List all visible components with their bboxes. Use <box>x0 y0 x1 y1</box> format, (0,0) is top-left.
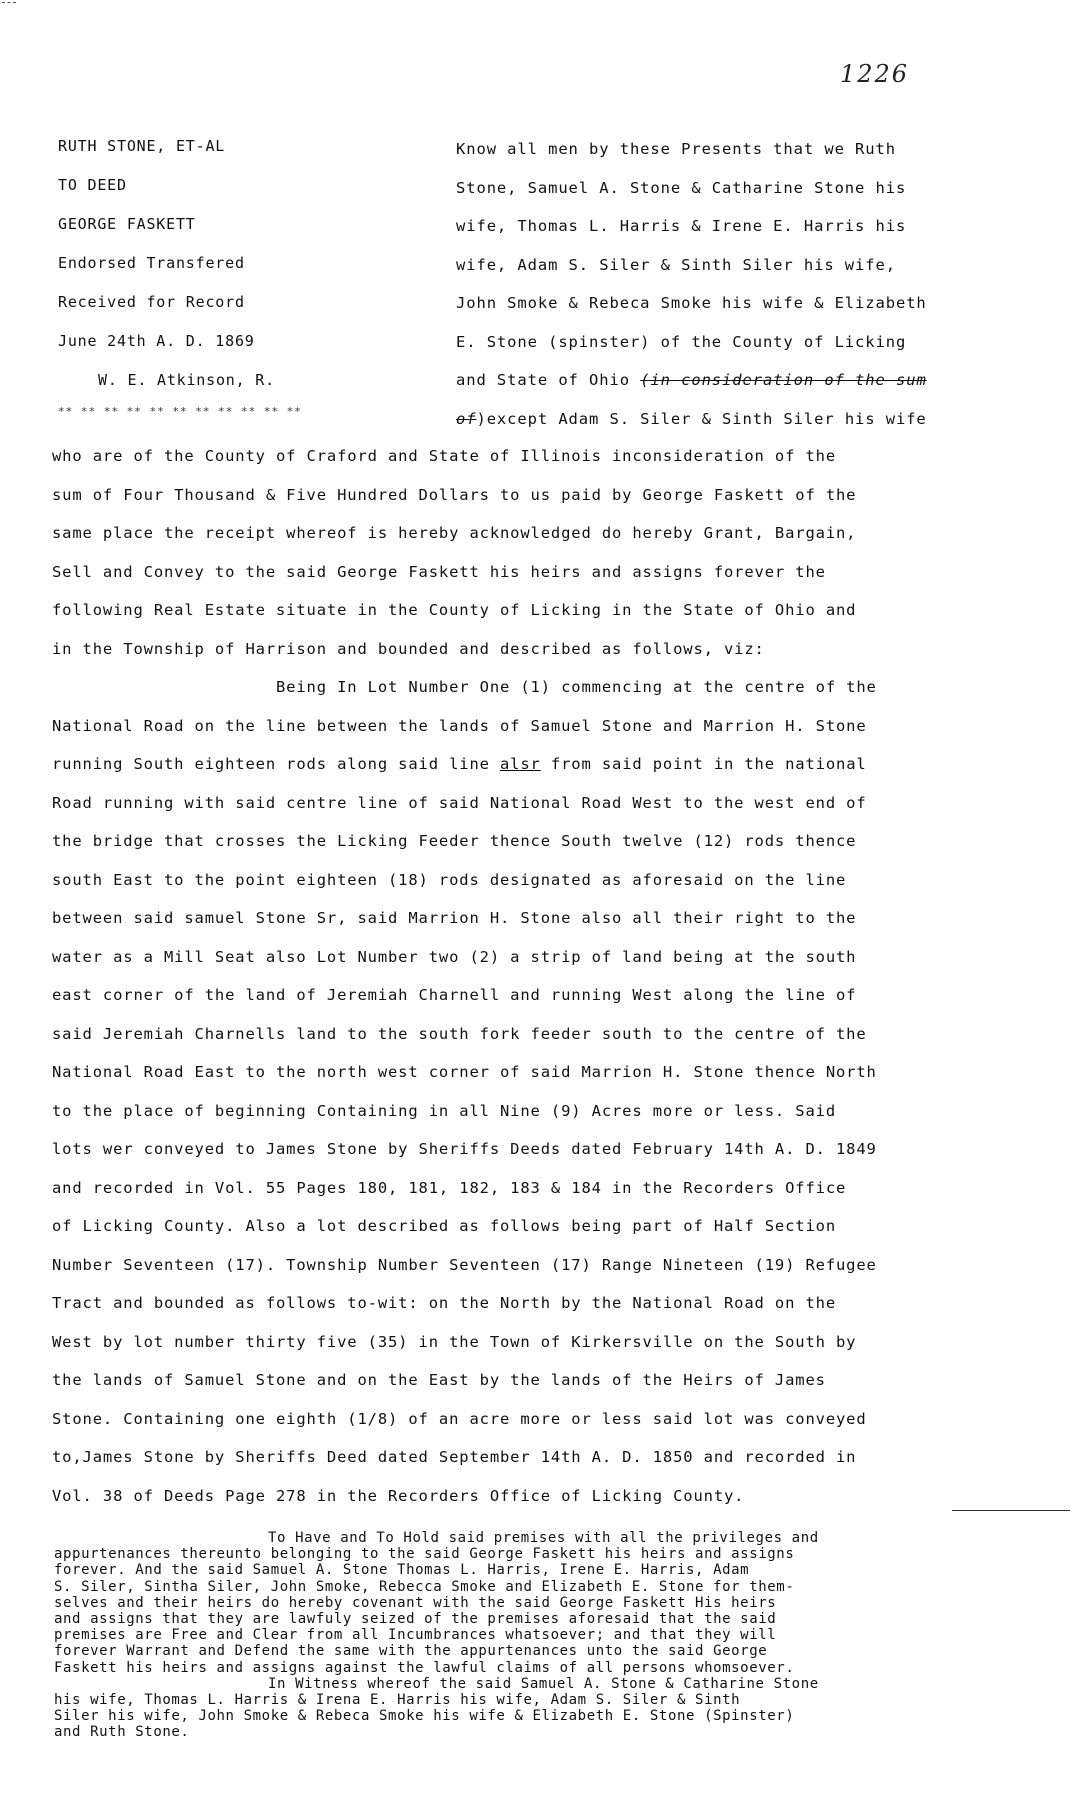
text-line: said Jeremiah Charnells land to the sout… <box>52 1024 1052 1063</box>
text-line: Tract and bounded as follows to-wit: on … <box>52 1293 1052 1332</box>
text-line: sum of Four Thousand & Five Hundred Doll… <box>52 485 1052 524</box>
text-line: and recorded in Vol. 55 Pages 180, 181, … <box>52 1178 1052 1217</box>
caption-recorder: W. E. Atkinson, R. <box>58 370 438 409</box>
caption-instrument: TO DEED <box>58 175 438 214</box>
caption-grantor: RUTH STONE, ET-AL <box>58 136 438 175</box>
text-line: selves and their heirs do hereby covenan… <box>54 1595 1064 1611</box>
text-line: To Have and To Hold said premises with a… <box>54 1530 1064 1546</box>
deed-caption: RUTH STONE, ET-AL TO DEED GEORGE FASKETT… <box>58 136 438 409</box>
text-line: to,James Stone by Sheriffs Deed dated Se… <box>52 1447 1052 1486</box>
text-segment: )except Adam S. Siler & Sinth Siler his … <box>476 410 926 428</box>
text-line: forever. And the said Samuel A. Stone Th… <box>54 1562 1064 1578</box>
caption-endorsed: Endorsed Transfered <box>58 253 438 292</box>
text-line: between said samuel Stone Sr, said Marri… <box>52 908 1052 947</box>
text-line: to the place of beginning Containing in … <box>52 1101 1052 1140</box>
handwritten-page-number: 1226 <box>840 60 909 88</box>
text-line: Know all men by these Presents that we R… <box>456 139 996 178</box>
text-line: same place the receipt whereof is hereby… <box>52 523 1052 562</box>
text-line: National Road East to the north west cor… <box>52 1062 1052 1101</box>
text-segment: from said point in the national <box>541 755 867 773</box>
text-line: In Witness whereof the said Samuel A. St… <box>54 1676 1064 1692</box>
premise-column: Know all men by these Presents that we R… <box>456 139 996 447</box>
text-line: in the Township of Harrison and bounded … <box>52 639 1052 678</box>
text-line: John Smoke & Rebeca Smoke his wife & Eli… <box>456 293 996 332</box>
text-line: premises are Free and Clear from all Inc… <box>54 1627 1064 1643</box>
caption-date: June 24th A. D. 1869 <box>58 331 438 370</box>
text-line: S. Siler, Sintha Siler, John Smoke, Rebe… <box>54 1579 1064 1595</box>
text-line: wife, Thomas L. Harris & Irene E. Harris… <box>456 216 996 255</box>
text-line: forever Warrant and Defend the same with… <box>54 1643 1064 1659</box>
text-line: south East to the point eighteen (18) ro… <box>52 870 1052 909</box>
struck-text: (in consideration of the sum <box>640 371 927 389</box>
text-line: Siler his wife, John Smoke & Rebeca Smok… <box>54 1708 1064 1724</box>
text-line: appurtenances thereunto belonging to the… <box>54 1546 1064 1562</box>
deed-page: 1226 RUTH STONE, ET-AL TO DEED GEORGE FA… <box>0 0 1072 1804</box>
text-line: of)except Adam S. Siler & Sinth Siler hi… <box>456 409 996 448</box>
text-line: lots wer conveyed to James Stone by Sher… <box>52 1139 1052 1178</box>
text-line: and Ruth Stone. <box>54 1724 1064 1740</box>
caption-grantee: GEORGE FASKETT <box>58 214 438 253</box>
text-line: E. Stone (spinster) of the County of Lic… <box>456 332 996 371</box>
text-line: following Real Estate situate in the Cou… <box>52 600 1052 639</box>
text-line: Being In Lot Number One (1) commencing a… <box>52 677 1052 716</box>
text-segment: and State of Ohio <box>456 371 640 389</box>
struck-text: of <box>456 410 476 428</box>
caption-separator: ** ** ** ** ** ** ** ** ** ** ** <box>58 405 302 418</box>
text-line: of Licking County. Also a lot described … <box>52 1216 1052 1255</box>
deed-body: who are of the County of Craford and Sta… <box>52 446 1052 1524</box>
text-line: water as a Mill Seat also Lot Number two… <box>52 947 1052 986</box>
text-line: wife, Adam S. Siler & Sinth Siler his wi… <box>456 255 996 294</box>
text-line: Stone, Samuel A. Stone & Catharine Stone… <box>456 178 996 217</box>
text-line: his wife, Thomas L. Harris & Irena E. Ha… <box>54 1692 1064 1708</box>
caption-received: Received for Record <box>58 292 438 331</box>
text-line: and State of Ohio (in consideration of t… <box>456 370 996 409</box>
text-line: Vol. 38 of Deeds Page 278 in the Recorde… <box>52 1486 1052 1525</box>
text-line: Road running with said centre line of sa… <box>52 793 1052 832</box>
text-line: Stone. Containing one eighth (1/8) of an… <box>52 1409 1052 1448</box>
text-line: running South eighteen rods along said l… <box>52 754 1052 793</box>
text-line: and assigns that they are lawfuly seized… <box>54 1611 1064 1627</box>
text-line: the lands of Samuel Stone and on the Eas… <box>52 1370 1052 1409</box>
text-line: who are of the County of Craford and Sta… <box>52 446 1052 485</box>
corner-mark <box>2 2 16 3</box>
text-line: Faskett his heirs and assigns against th… <box>54 1660 1064 1676</box>
text-line: Number Seventeen (17). Township Number S… <box>52 1255 1052 1294</box>
text-line: east corner of the land of Jeremiah Char… <box>52 985 1052 1024</box>
underlined-word: alsr <box>500 755 541 773</box>
text-line: the bridge that crosses the Licking Feed… <box>52 831 1052 870</box>
text-line: Sell and Convey to the said George Faske… <box>52 562 1052 601</box>
text-line: National Road on the line between the la… <box>52 716 1052 755</box>
end-rule <box>952 1510 1070 1511</box>
habendum-clause: To Have and To Hold said premises with a… <box>54 1530 1064 1740</box>
text-segment: running South eighteen rods along said l… <box>52 755 500 773</box>
text-line: West by lot number thirty five (35) in t… <box>52 1332 1052 1371</box>
